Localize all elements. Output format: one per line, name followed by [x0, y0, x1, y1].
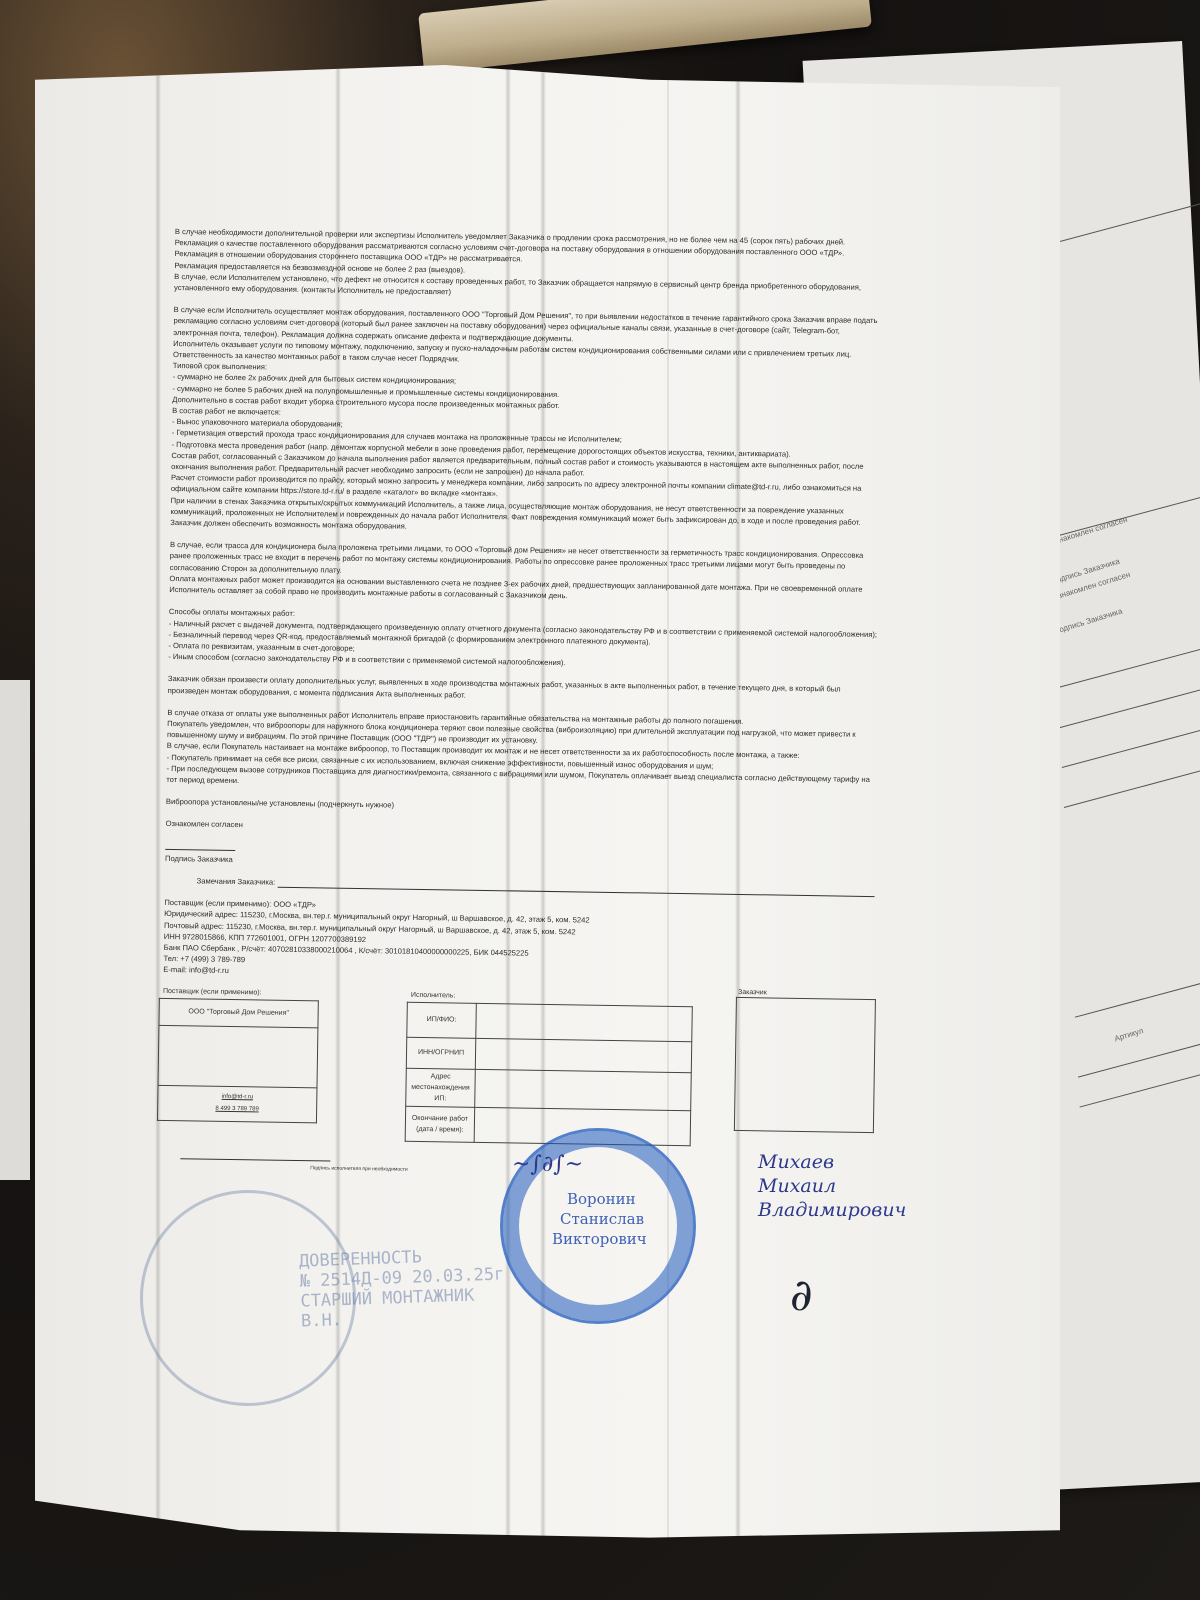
stamp-name: Станислав	[560, 1210, 644, 1228]
customer-handwritten-name: Михаев Михаил Владимирович	[758, 1150, 906, 1222]
executor-address-label: Адрес местонахождения ИП:	[406, 1068, 476, 1108]
section-claims: В случае необходимости дополнительной пр…	[174, 226, 885, 304]
customer-remarks-label: Замечания Заказчика:	[197, 875, 276, 887]
section-installation: В случае если Исполнитель осуществляет м…	[170, 304, 883, 539]
background-label: Артикул	[1113, 1026, 1144, 1043]
executor-end-date-label: Окончание работ (дата / время):	[405, 1106, 475, 1142]
section-route: В случае, если трасса для кондиционера б…	[169, 539, 880, 606]
customer-signature-line	[165, 840, 235, 850]
customer-signature: ∂	[790, 1270, 813, 1321]
section-vibro: В случае отказа от оплаты уже выполненны…	[166, 707, 877, 797]
supplier-table-phone: 8 499 3 789 789	[160, 1102, 314, 1116]
executor-table: ИП/ФИО: ИНН/ОГРНИП Адрес местонахождения…	[405, 1001, 693, 1146]
supplier-table-label: Поставщик (если применимо):	[163, 985, 262, 998]
supplier-table: ООО "Торговый Дом Решения" info@td-r.ru …	[157, 997, 319, 1122]
executor-inn-label: ИНН/ОГРНИП	[406, 1037, 475, 1069]
executor-signature: ~∫∂∫~	[512, 1152, 583, 1177]
executor-table-label: Исполнитель:	[411, 989, 456, 1001]
left-sheet-edge	[0, 680, 30, 1180]
customer-table	[734, 996, 876, 1132]
supplier-table-name: ООО "Торговый Дом Решения"	[159, 998, 318, 1027]
stamp-patronymic: Викторович	[552, 1230, 647, 1248]
background-label: Подпись Заказчика	[1053, 607, 1124, 636]
background-label: Ознакомлен согласен	[1048, 515, 1128, 547]
power-of-attorney-stamp: ДОВЕРЕННОСТЬ № 2514Д-09 20.03.25г СТАРШИ…	[299, 1244, 506, 1331]
supplier-details: Поставщик (если применимо): ООО «ТДР» Юр…	[163, 897, 874, 987]
executor-fio-label: ИП/ФИО:	[407, 1002, 477, 1038]
section-payment: Способы оплаты монтажных работ: - Наличн…	[168, 606, 879, 673]
executor-sign-caption: Подпись исполнителя при необходимости	[310, 1163, 408, 1176]
document-body: В случае необходимости дополнительной пр…	[160, 226, 885, 1197]
stamp-surname: Воронин	[567, 1190, 636, 1208]
